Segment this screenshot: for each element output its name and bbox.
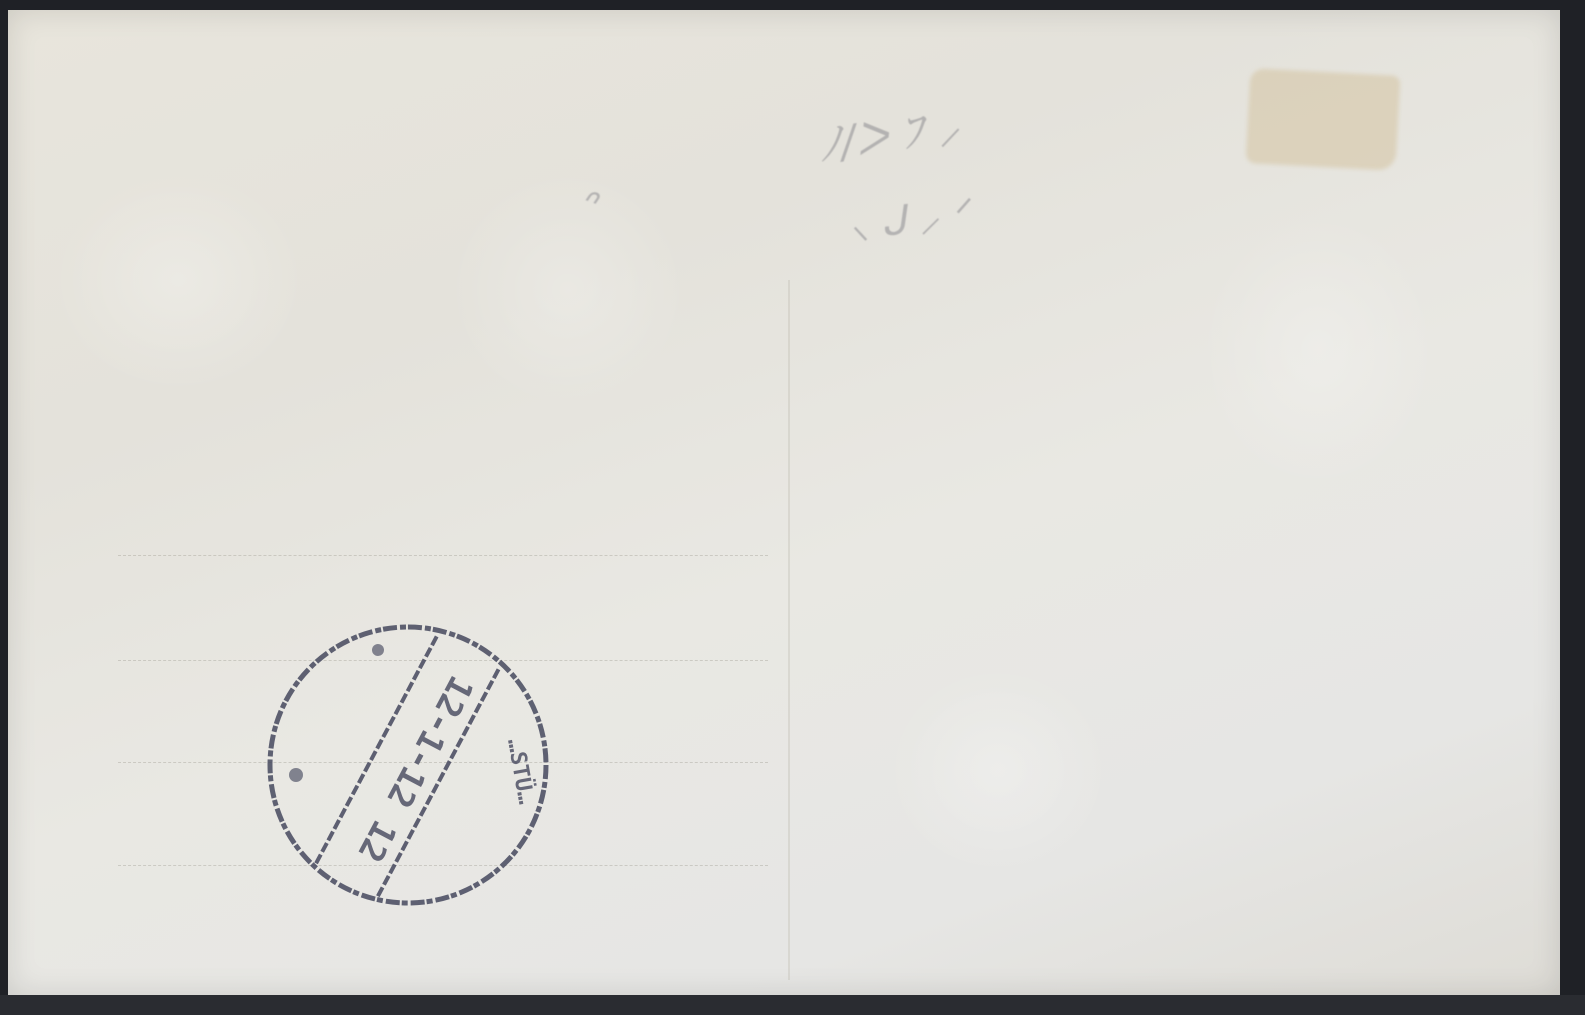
background-edge [0,995,1585,1015]
postmark-ring-text: …STÜ… [502,737,539,807]
postcard-back: ﾉ/ᐳ ﾌ ⸝ ⸜ ᒍ ⸝ ᐟ ᐢ 12-1-12 12 …STÜ… [8,10,1560,995]
offset-handwriting: ⸜ ᒍ ⸝ ᐟ [845,184,970,251]
center-divider-line [788,280,790,980]
offset-handwriting: ﾉ/ᐳ ﾌ ⸝ [814,91,962,174]
offset-mark: ᐢ [571,179,601,228]
postmark-date: 12-1-12 12 [349,669,480,869]
adhesive-stain [1246,68,1401,171]
address-line [118,555,768,556]
postmark-stamp: 12-1-12 12 …STÜ… [258,610,558,910]
